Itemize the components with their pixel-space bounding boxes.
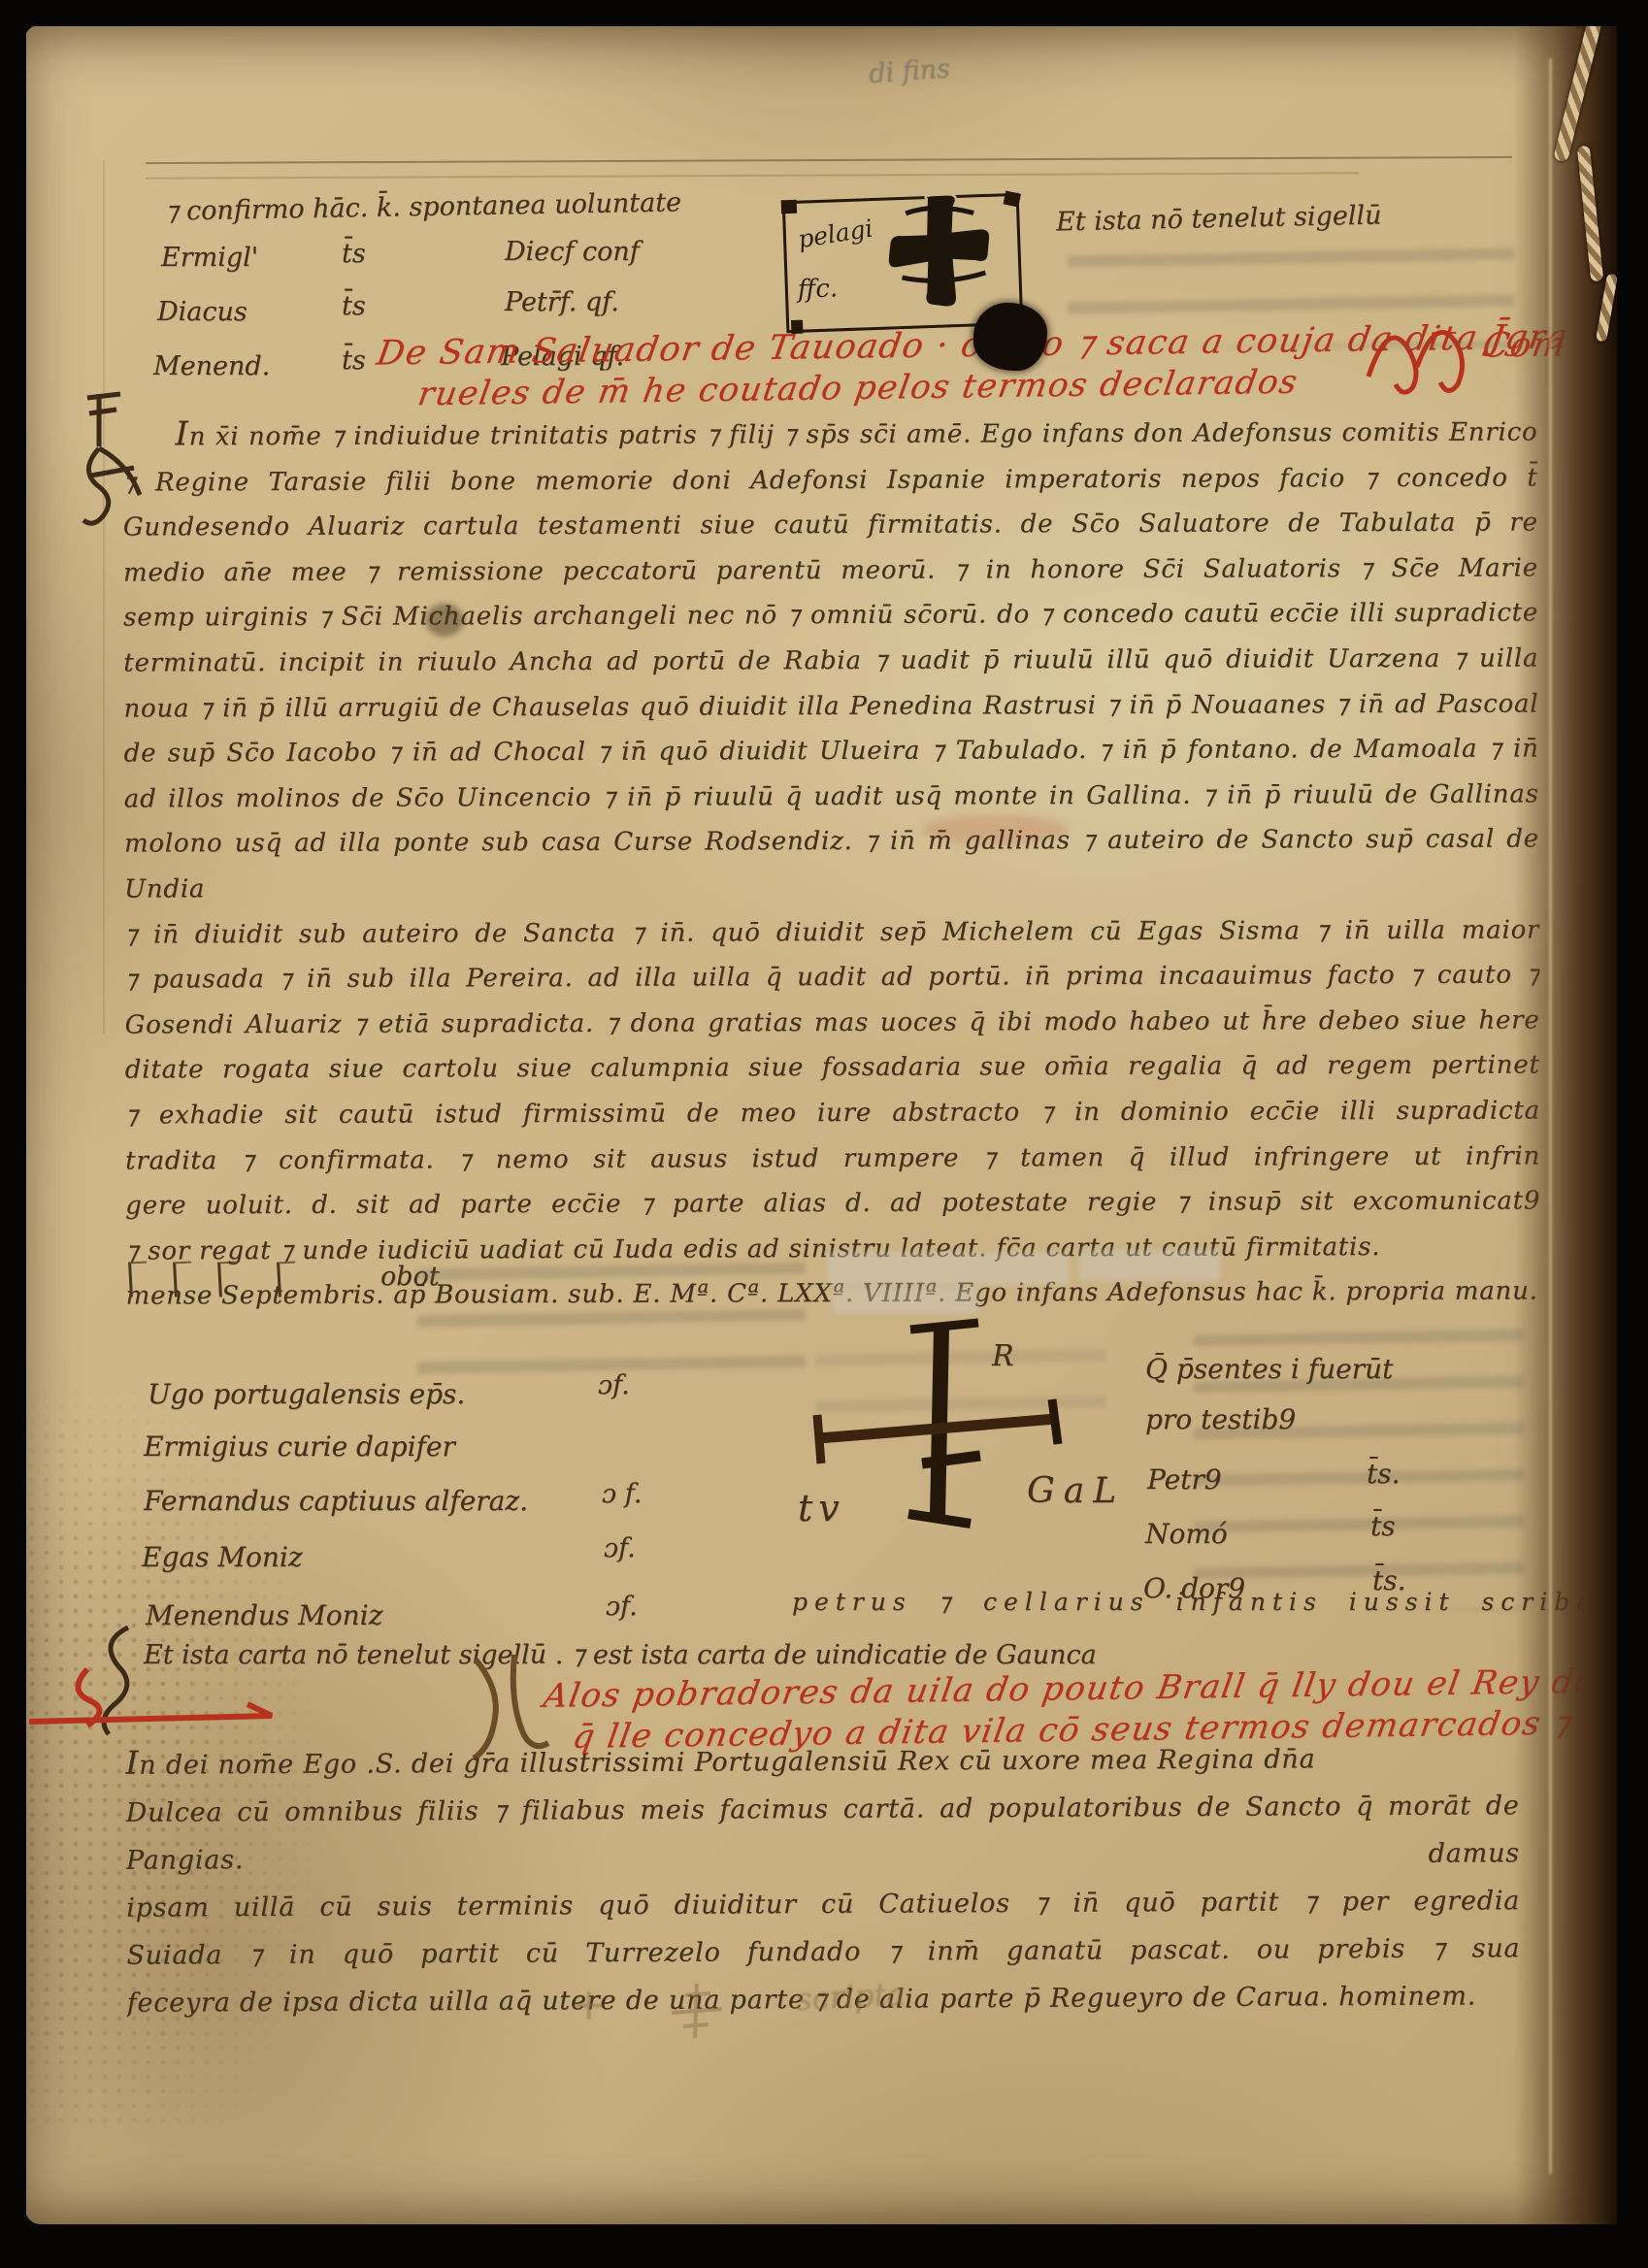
charter-line: ⁊ Regine Tarasie filii bone memorie doni… [123, 455, 1538, 506]
witness-name: Fernandus captiuus alferaz. [144, 1485, 528, 1517]
charter-line: de sup̄ Sc̄o Iacobo ⁊ in̄ ad Chocal ⁊ in… [124, 727, 1539, 777]
charter-line: tradita ⁊ confirmata. ⁊ nemo sit ausus i… [125, 1134, 1540, 1184]
corner-mark [781, 200, 797, 214]
charter-line: ditate rogata siue cartolu siue calumpni… [125, 1043, 1540, 1094]
charter-line: In x̄i nom̄e ⁊ indiuidue trinitatis patr… [122, 407, 1537, 460]
witness-name: Menend. [153, 351, 270, 381]
witness-name: Ugo portugalensis ep̄s. [148, 1378, 465, 1410]
ts-mark: t̄s [1370, 1510, 1396, 1542]
conf-mark: ɔ f. [602, 1479, 642, 1509]
tally-stroke [128, 1262, 148, 1298]
charter-line: ipsam uillā cū suis terminis quō diuidit… [126, 1877, 1520, 1932]
notary-cross-icon [867, 190, 1016, 321]
erased-mark [827, 1252, 1070, 1285]
conf-mark: ɔf. [604, 1533, 636, 1563]
witness-name: Menendus Moniz [146, 1599, 382, 1631]
tally-stroke [217, 1262, 238, 1298]
signum-letter-r: R [992, 1339, 1014, 1373]
signum-letters-tv: tv [798, 1487, 845, 1529]
witness-name: Ermigius curie dapifer [144, 1430, 455, 1463]
charter-line: Dulcea cū omnibus filiis ⁊ filiabus meis… [126, 1782, 1520, 1885]
charter-line: gere uoluit. d. sit ad parte ecc̄ie ⁊ pa… [125, 1179, 1540, 1230]
witness-name: Petr9 [1147, 1463, 1222, 1496]
witness-name: Ermigl' [161, 243, 258, 273]
signum-letters-gal: GaL [1027, 1471, 1125, 1511]
erased-mark [1079, 1250, 1220, 1281]
charter-line: semp uirginis ⁊ Sc̄i Michaelis archangel… [123, 591, 1538, 641]
scribe-line: petrus ⁊ cellarius infantis iussit scrib… [792, 1588, 1637, 1616]
witness-header: pro testib9 [1145, 1403, 1296, 1435]
charter-line: medio an̄e mee ⁊ remissione peccatorū pa… [123, 545, 1538, 596]
confirmer-name: Diecf conf [505, 237, 640, 267]
tally-stroke [173, 1262, 193, 1298]
show-through-text [417, 1254, 806, 1380]
witness-name: Diacus [157, 297, 247, 327]
witness-header: Q̄ p̄sentes i fuerūt [1145, 1353, 1393, 1385]
charter-line: Suiada ⁊ in quō partit cū Turrezelo fund… [126, 1924, 1520, 1980]
charter1-text: In x̄i nom̄e ⁊ indiuidue trinitatis patr… [122, 407, 1540, 1319]
ts-mark: t̄s [342, 345, 366, 376]
charter-line: molono usq̄ ad illa ponte sub casa Curse… [124, 817, 1539, 912]
red-margin-paraph-icon [29, 1661, 320, 1739]
manuscript-photo: di fins ⁊ confirmo hāc. k̄. spontanea uo… [0, 0, 1648, 2268]
charter-line: ad illos molinos de Sc̄o Uincencio ⁊ in̄… [124, 772, 1539, 822]
erased-mark [833, 1287, 978, 1314]
ts-mark: t̄s [342, 239, 366, 269]
witness-name: Egas Moniz [142, 1541, 303, 1573]
black-border-left [0, 0, 26, 2268]
black-border-bottom [0, 2224, 1648, 2268]
charter-line: Gundesendo Aluariz cartula testamenti si… [123, 501, 1538, 551]
conf-mark: ɔf. [606, 1592, 638, 1622]
ts-mark: t̄s [342, 291, 366, 321]
charter-line: noua ⁊ in̄ p̄ illū arrugiū de Chauselas … [123, 681, 1538, 732]
charter-line: In dei nom̄e Ego .S. dei gr̄a illustriss… [125, 1732, 1387, 1790]
black-border-right [1617, 0, 1648, 2268]
notary-ffc: ffc. [797, 274, 838, 304]
charter-line: terminatū. incipit in riuulo Ancha ad po… [123, 636, 1538, 686]
ink-blot [973, 303, 1047, 371]
show-through-text [1068, 241, 1514, 347]
notary-name: pelagi [796, 214, 874, 253]
ts-mark: t̄s. [1367, 1458, 1401, 1490]
conf-mark: ɔf. [598, 1370, 630, 1400]
charter-line: ⁊ exhadie sit cautū istud firmissimū de … [125, 1088, 1540, 1138]
witness-name: Nomó [1145, 1518, 1228, 1550]
black-border-top [0, 0, 1648, 26]
faint-scribble-word: scripta [795, 1975, 906, 2018]
charter-line: ⁊ in̄ diuidit sub auteiro de Sancta ⁊ in… [124, 907, 1539, 958]
charter-line: Gosendi Aluariz ⁊ etiā supradicta. ⁊ don… [124, 998, 1539, 1048]
faint-top-annotation: di fins [868, 53, 951, 89]
page-edge-highlight [1549, 58, 1552, 2174]
vertical-crease [103, 160, 105, 1034]
charter-line: ⁊ pausada ⁊ in̄ sub illa Pereira. ad ill… [124, 953, 1539, 1003]
confirmer-name: Petr̄f. qf. [505, 287, 619, 317]
tally-stroke [277, 1262, 297, 1298]
faint-cross-mark: + [571, 1980, 607, 2029]
hatched-cross-icon [668, 1982, 726, 2040]
